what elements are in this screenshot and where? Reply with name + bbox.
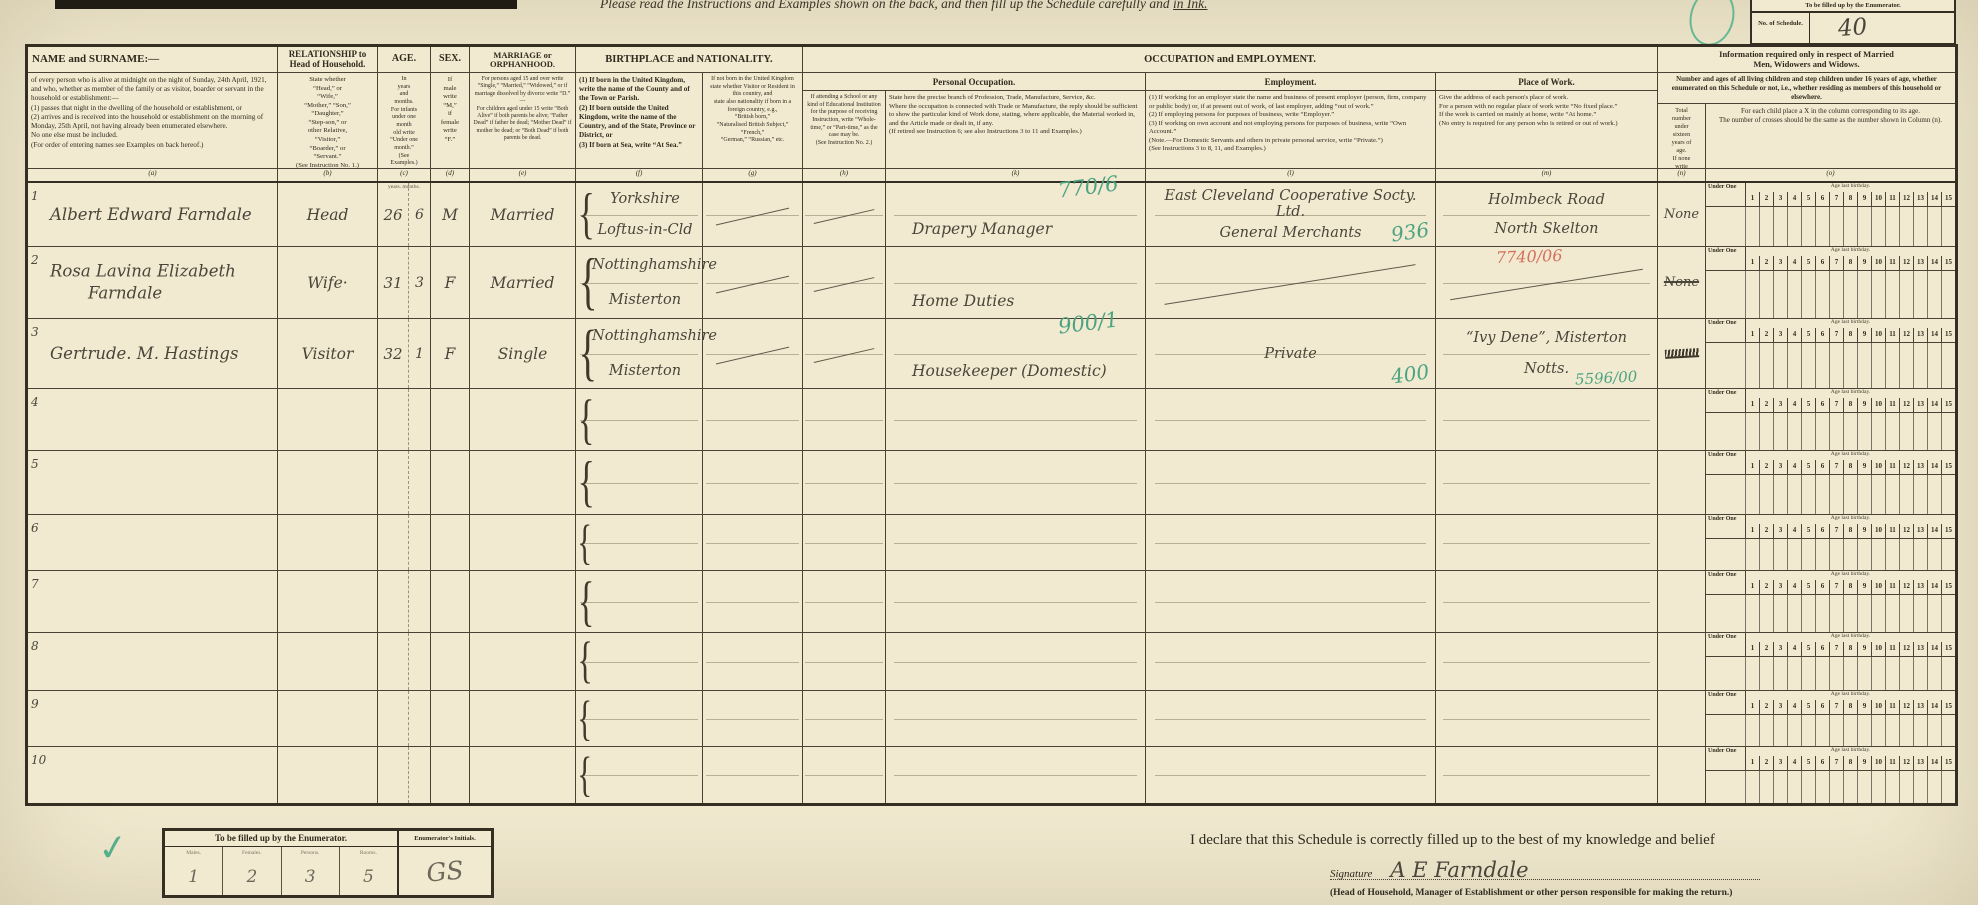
col-header-employment: Employment. (1) If working for an employ… <box>1146 73 1436 181</box>
cell-place-of-work: Holmbeck RoadNorth Skelton <box>1436 183 1658 246</box>
age-number: 8 <box>1843 756 1857 770</box>
age-number: 6 <box>1815 580 1829 594</box>
age-mark-cell <box>1746 343 1759 388</box>
enumerator-summary-box: To be filled up by the Enumerator. Males… <box>162 828 494 898</box>
enumerator-count-value: 2 <box>223 859 281 895</box>
school-slash-mark <box>814 348 875 363</box>
age-number: 1 <box>1746 460 1759 474</box>
enumerator-column-label: Persons. <box>282 847 340 859</box>
age-number: 8 <box>1843 460 1857 474</box>
age-number: 7 <box>1829 192 1843 206</box>
row-number: 5 <box>31 457 39 471</box>
nationality-letter: (g) <box>703 168 802 181</box>
children-total-value <box>1658 389 1705 450</box>
cell-school <box>803 747 886 803</box>
age-mark-cell <box>1871 595 1885 632</box>
age-last-birthday-label: Age last birthday. <box>1746 571 1955 580</box>
cell-relationship <box>278 571 378 632</box>
age-mark-cell <box>1913 771 1927 803</box>
signature-label: Signature <box>1330 868 1372 880</box>
age-mark-cell <box>1871 657 1885 690</box>
cell-sex: M <box>431 183 470 246</box>
cell-relationship <box>278 747 378 803</box>
col-header-school: If attending a School or any kind of Edu… <box>803 91 886 181</box>
cell-school <box>803 389 886 450</box>
col-header-total-under-16: Total number under sixteen years of age.… <box>1658 104 1706 181</box>
cell-occupation <box>886 747 1146 803</box>
birthplace-desc: (1) If born in the United Kingdom, write… <box>576 73 702 168</box>
cell-name: 5 <box>28 451 278 514</box>
cell-marriage: Married <box>470 247 576 318</box>
age-mark-cell <box>1787 413 1801 450</box>
age-months-value <box>408 747 430 803</box>
age-number: 9 <box>1857 460 1871 474</box>
age-mark-cell <box>1913 271 1927 318</box>
age-mark-cell <box>1927 271 1941 318</box>
age-mark-cell <box>1829 771 1843 803</box>
age-mark-cell <box>1746 207 1759 246</box>
age-number: 15 <box>1941 398 1955 412</box>
declaration-block: I declare that this Schedule is correctl… <box>1190 832 1950 849</box>
col-group-occupation: OCCUPATION and EMPLOYMENT. Personal Occu… <box>803 47 1658 181</box>
age-number: 15 <box>1941 756 1955 770</box>
birthplace-brace: { <box>577 517 592 566</box>
cell-employment <box>1146 747 1436 803</box>
relationship-title: RELATIONSHIP to Head of Household. <box>278 47 377 73</box>
children-total-value <box>1658 515 1705 570</box>
row-number: 8 <box>31 639 39 653</box>
age-number: 10 <box>1871 192 1885 206</box>
age-number: 12 <box>1899 328 1913 342</box>
age-mark-cell <box>1941 539 1955 570</box>
age-years-value <box>378 515 408 570</box>
under-one-label: Under One <box>1706 183 1746 206</box>
age-mark-cell <box>1759 539 1773 570</box>
age-mark-cell <box>1871 715 1885 746</box>
age-letter: (c) <box>378 168 430 181</box>
age-mark-cell <box>1857 413 1871 450</box>
age-mark-cell <box>1857 475 1871 514</box>
age-last-birthday-label: Age last birthday. <box>1746 515 1955 524</box>
school-slash-mark <box>814 277 875 292</box>
cell-nationality <box>703 633 803 690</box>
under-one-label: Under One <box>1706 319 1746 342</box>
age-number: 13 <box>1913 460 1927 474</box>
cell-birthplace: { <box>576 691 703 746</box>
age-mark-cell <box>1871 343 1885 388</box>
age-mark-cell <box>1773 657 1787 690</box>
age-number: 12 <box>1899 580 1913 594</box>
under-one-label: Under One <box>1706 389 1746 412</box>
relationship-value <box>278 691 377 746</box>
age-number: 10 <box>1871 256 1885 270</box>
age-mark-cell <box>1899 771 1913 803</box>
cell-children-ages: Under OneAge last birthday.1234567891011… <box>1706 747 1955 803</box>
age-mark-cell <box>1759 207 1773 246</box>
cell-relationship: Visitor <box>278 319 378 388</box>
age-mark-cell <box>1913 539 1927 570</box>
age-mark-cell <box>1941 343 1955 388</box>
school-desc: If attending a School or any kind of Edu… <box>803 91 885 168</box>
cell-school <box>803 691 886 746</box>
age-mark-cell <box>1843 595 1857 632</box>
age-months-value <box>408 451 430 514</box>
cell-place-of-work <box>1436 515 1658 570</box>
cell-total-under-16 <box>1658 389 1706 450</box>
age-months-value: 3 <box>408 247 430 318</box>
age-number: 4 <box>1787 460 1801 474</box>
age-mark-cell <box>1927 657 1941 690</box>
age-mark-cell <box>1746 657 1759 690</box>
age-mark-cell <box>1829 595 1843 632</box>
age-years-value: 31 <box>378 247 408 318</box>
schedule-no-label: No. of Schedule. <box>1752 13 1810 43</box>
age-number: 14 <box>1927 398 1941 412</box>
age-mark-cell <box>1746 413 1759 450</box>
age-mark-cell <box>1773 207 1787 246</box>
age-mark-cell <box>1787 271 1801 318</box>
nationality-desc: If not born in the United Kingdom state … <box>703 73 802 168</box>
age-number: 5 <box>1801 256 1815 270</box>
age-mark-cell <box>1787 343 1801 388</box>
age-mark-cell <box>1759 657 1773 690</box>
age-number: 11 <box>1885 192 1899 206</box>
under-one-label: Under One <box>1706 691 1746 714</box>
age-number: 15 <box>1941 700 1955 714</box>
children-age-grid: Under OneAge last birthday.1234567891011… <box>1706 247 1955 318</box>
age-number: 13 <box>1913 192 1927 206</box>
table-row: 6{Under OneAge last birthday.12345678910… <box>28 515 1955 571</box>
age-number: 10 <box>1871 580 1885 594</box>
age-last-birthday-label: Age last birthday. <box>1746 747 1955 756</box>
cell-birthplace: {YorkshireLoftus-in-Cld <box>576 183 703 246</box>
row-number: 6 <box>31 521 39 535</box>
age-desc: In years and months. For infants under o… <box>378 73 430 168</box>
cell-marriage <box>470 691 576 746</box>
age-mark-cell <box>1899 343 1913 388</box>
age-mark-cell <box>1759 271 1773 318</box>
cell-sex <box>431 515 470 570</box>
cell-school <box>803 571 886 632</box>
age-mark-cell <box>1746 771 1759 803</box>
enumerator-column-headers: Males.Females.Persons.Rooms. <box>165 847 397 859</box>
age-mark-cell <box>1829 475 1843 514</box>
age-number: 13 <box>1913 756 1927 770</box>
age-mark-cell <box>1773 343 1787 388</box>
age-number: 15 <box>1941 580 1955 594</box>
occupation-value: Housekeeper (Domestic) <box>912 362 1107 380</box>
relationship-value <box>278 747 377 803</box>
children-ages-letter: (o) <box>1706 168 1955 181</box>
age-mark-cell <box>1787 207 1801 246</box>
cell-sex <box>431 691 470 746</box>
age-number: 12 <box>1899 256 1913 270</box>
nationality-slash-mark <box>716 207 790 225</box>
children-total-value <box>1658 451 1705 514</box>
age-number: 11 <box>1885 756 1899 770</box>
age-number: 12 <box>1899 524 1913 538</box>
green-oval-mark <box>1684 0 1741 50</box>
cell-employment: East Cleveland Cooperative Socty. Ltd.Ge… <box>1146 183 1436 246</box>
children-age-grid: Under OneAge last birthday.1234567891011… <box>1706 515 1955 570</box>
cell-total-under-16: None <box>1658 247 1706 318</box>
age-number: 13 <box>1913 580 1927 594</box>
birthplace-brace: { <box>578 635 593 686</box>
under-one-label: Under One <box>1706 451 1746 474</box>
age-number: 3 <box>1773 328 1787 342</box>
age-mark-cell <box>1913 475 1927 514</box>
age-number: 15 <box>1941 524 1955 538</box>
sex-title: SEX. <box>431 47 469 73</box>
age-number: 11 <box>1885 580 1899 594</box>
cell-age: 321 <box>378 319 431 388</box>
cell-nationality <box>703 183 803 246</box>
age-mark-cell <box>1801 207 1815 246</box>
age-mark-cell <box>1843 657 1857 690</box>
cell-children-ages: Under OneAge last birthday.1234567891011… <box>1706 247 1955 318</box>
children-age-grid: Under OneAge last birthday.1234567891011… <box>1706 319 1955 388</box>
enumerator-column-label: Males. <box>165 847 223 859</box>
children-age-grid: Under OneAge last birthday.1234567891011… <box>1706 183 1955 246</box>
cell-children-ages: Under OneAge last birthday.1234567891011… <box>1706 633 1955 690</box>
marriage-value: Single <box>470 319 575 388</box>
name-value: Gertrude. M. Hastings <box>50 342 273 364</box>
age-number: 15 <box>1941 460 1955 474</box>
age-mark-cell <box>1857 539 1871 570</box>
age-mark-cell <box>1913 657 1927 690</box>
age-mark-cell <box>1885 657 1899 690</box>
row-number: 9 <box>31 697 39 711</box>
age-mark-cell <box>1773 413 1787 450</box>
age-mark-cell <box>1746 715 1759 746</box>
age-number: 5 <box>1801 580 1815 594</box>
age-number: 5 <box>1801 700 1815 714</box>
cell-marriage <box>470 571 576 632</box>
age-number: 2 <box>1759 192 1773 206</box>
age-number: 10 <box>1871 460 1885 474</box>
table-header: NAME and SURNAME:— of every person who i… <box>28 47 1955 183</box>
marriage-value <box>470 389 575 450</box>
children-total-value <box>1658 691 1705 746</box>
age-mark-cell <box>1801 657 1815 690</box>
occupation-value: Drapery Manager <box>912 220 1052 238</box>
cell-occupation: Housekeeper (Domestic)900/1 <box>886 319 1146 388</box>
cell-birthplace: { <box>576 389 703 450</box>
col-header-marriage: MARRIAGE or ORPHANHOOD. For persons aged… <box>470 47 576 181</box>
age-number: 9 <box>1857 700 1871 714</box>
row-number: 7 <box>31 577 39 591</box>
age-mark-cell <box>1773 715 1787 746</box>
sex-value <box>431 633 469 690</box>
age-number: 1 <box>1746 580 1759 594</box>
total-under-16-letter: (n) <box>1658 168 1705 181</box>
birthplace-value <box>592 633 698 690</box>
place-of-work-code-annotation: 5596/00 <box>1574 367 1637 388</box>
age-number: 11 <box>1885 642 1899 656</box>
birthplace-value <box>592 451 698 514</box>
age-number: 3 <box>1773 524 1787 538</box>
cell-total-under-16 <box>1658 319 1706 388</box>
name-letter: (a) <box>28 168 277 181</box>
cell-place-of-work <box>1436 389 1658 450</box>
age-mark-cell <box>1913 715 1927 746</box>
cropped-form-title-bar <box>55 0 517 9</box>
age-number: 4 <box>1787 328 1801 342</box>
age-years-value <box>378 571 408 632</box>
age-last-birthday-label: Age last birthday. <box>1746 183 1955 192</box>
age-number: 2 <box>1759 398 1773 412</box>
cell-marriage <box>470 451 576 514</box>
age-mark-cell <box>1871 271 1885 318</box>
cell-place-of-work <box>1436 451 1658 514</box>
cell-relationship <box>278 451 378 514</box>
cell-name: 7 <box>28 571 278 632</box>
table-row: 8{Under OneAge last birthday.12345678910… <box>28 633 1955 691</box>
relationship-value <box>278 633 377 690</box>
age-mark-cell <box>1787 657 1801 690</box>
age-mark-cell <box>1829 343 1843 388</box>
age-mark-cell <box>1871 771 1885 803</box>
age-mark-cell <box>1857 595 1871 632</box>
employment-slash-mark <box>1165 264 1416 305</box>
age-number: 9 <box>1857 756 1871 770</box>
age-number: 6 <box>1815 756 1829 770</box>
birthplace-value <box>592 515 698 570</box>
enumerator-values: 1235 <box>165 859 397 895</box>
marriage-value <box>470 747 575 803</box>
table-row: 5{Under OneAge last birthday.12345678910… <box>28 451 1955 515</box>
age-number: 14 <box>1927 524 1941 538</box>
sex-value: F <box>431 247 469 318</box>
row-number: 3 <box>31 325 39 339</box>
age-number: 1 <box>1746 642 1759 656</box>
age-mark-cell <box>1941 595 1955 632</box>
age-number: 3 <box>1773 756 1787 770</box>
age-mark-cell <box>1899 271 1913 318</box>
relationship-value <box>278 451 377 514</box>
age-units-label: years. months. <box>380 184 428 190</box>
age-mark-cell <box>1899 595 1913 632</box>
cell-name: 6 <box>28 515 278 570</box>
cell-birthplace: { <box>576 633 703 690</box>
top-instruction-text: Please read the Instructions and Example… <box>600 0 1173 11</box>
under-one-label: Under One <box>1706 515 1746 538</box>
age-months-value <box>408 571 430 632</box>
cell-marriage <box>470 633 576 690</box>
cell-age <box>378 633 431 690</box>
cell-nationality <box>703 247 803 318</box>
age-mark-cell <box>1885 271 1899 318</box>
cell-employment <box>1146 633 1436 690</box>
enumerator-column-label: Rooms. <box>340 847 397 859</box>
place-of-work-slash-mark <box>1450 269 1642 300</box>
nationality-slash-mark <box>716 346 790 364</box>
cell-birthplace: { <box>576 747 703 803</box>
age-number: 9 <box>1857 192 1871 206</box>
age-months-value <box>408 389 430 450</box>
cell-marriage: Single <box>470 319 576 388</box>
sex-value <box>431 389 469 450</box>
age-number: 13 <box>1913 256 1927 270</box>
age-mark-cell <box>1843 207 1857 246</box>
col-header-birthplace: (1) If born in the United Kingdom, write… <box>576 73 703 181</box>
cell-name: 4 <box>28 389 278 450</box>
cell-total-under-16 <box>1658 451 1706 514</box>
age-mark-cell <box>1871 475 1885 514</box>
age-number: 14 <box>1927 192 1941 206</box>
age-mark-cell <box>1913 595 1927 632</box>
sex-value <box>431 571 469 632</box>
cell-sex <box>431 571 470 632</box>
declaration-caption: (Head of Household, Manager of Establish… <box>1330 888 1732 898</box>
sex-letter: (d) <box>431 168 469 181</box>
age-number: 1 <box>1746 328 1759 342</box>
age-mark-cell <box>1773 595 1787 632</box>
age-number: 5 <box>1801 524 1815 538</box>
cell-nationality <box>703 747 803 803</box>
age-mark-cell <box>1941 413 1955 450</box>
age-years-value <box>378 691 408 746</box>
age-number: 3 <box>1773 642 1787 656</box>
age-number: 9 <box>1857 256 1871 270</box>
col-group-personal-occupation: Personal Occupation. If attending a Scho… <box>803 73 1146 181</box>
age-number: 13 <box>1913 524 1927 538</box>
cell-employment <box>1146 515 1436 570</box>
age-mark-cell <box>1927 413 1941 450</box>
age-mark-cell <box>1941 771 1955 803</box>
age-mark-cell <box>1787 771 1801 803</box>
enumerator-column-label: Females. <box>223 847 281 859</box>
age-number: 8 <box>1843 328 1857 342</box>
age-number: 6 <box>1815 192 1829 206</box>
age-mark-cell <box>1941 715 1955 746</box>
sex-desc: If male write “M,” if female write “F.” <box>431 73 469 168</box>
age-number: 11 <box>1885 524 1899 538</box>
cell-occupation: Home Duties <box>886 247 1146 318</box>
age-number: 1 <box>1746 192 1759 206</box>
col-header-relationship: RELATIONSHIP to Head of Household. State… <box>278 47 378 181</box>
age-number: 4 <box>1787 524 1801 538</box>
children-total-value: None <box>1658 247 1705 318</box>
relationship-value <box>278 515 377 570</box>
age-mark-cell <box>1885 539 1899 570</box>
age-mark-cell <box>1801 595 1815 632</box>
cell-children-ages: Under OneAge last birthday.1234567891011… <box>1706 183 1955 246</box>
cell-name: 1Albert Edward Farndale <box>28 183 278 246</box>
birthplace-brace: { <box>577 750 592 799</box>
age-number: 7 <box>1829 524 1843 538</box>
age-number: 14 <box>1927 460 1941 474</box>
cell-birthplace: { <box>576 571 703 632</box>
relationship-value <box>278 389 377 450</box>
col-header-age: AGE. In years and months. For infants un… <box>378 47 431 181</box>
cell-employment <box>1146 571 1436 632</box>
nationality-slash-mark <box>716 275 790 293</box>
age-number: 6 <box>1815 460 1829 474</box>
age-mark-cell <box>1815 475 1829 514</box>
age-number: 14 <box>1927 256 1941 270</box>
age-mark-cell <box>1829 657 1843 690</box>
relationship-value: Head <box>278 183 377 246</box>
cell-sex <box>431 747 470 803</box>
relationship-desc: State whether “Head,” or “Wife,” “Mother… <box>278 73 377 168</box>
age-months-value: 1 <box>408 319 430 388</box>
table-row: 9{Under OneAge last birthday.12345678910… <box>28 691 1955 747</box>
age-last-birthday-label: Age last birthday. <box>1746 247 1955 256</box>
age-mark-cell <box>1759 771 1773 803</box>
age-mark-cell <box>1773 771 1787 803</box>
cell-relationship <box>278 515 378 570</box>
